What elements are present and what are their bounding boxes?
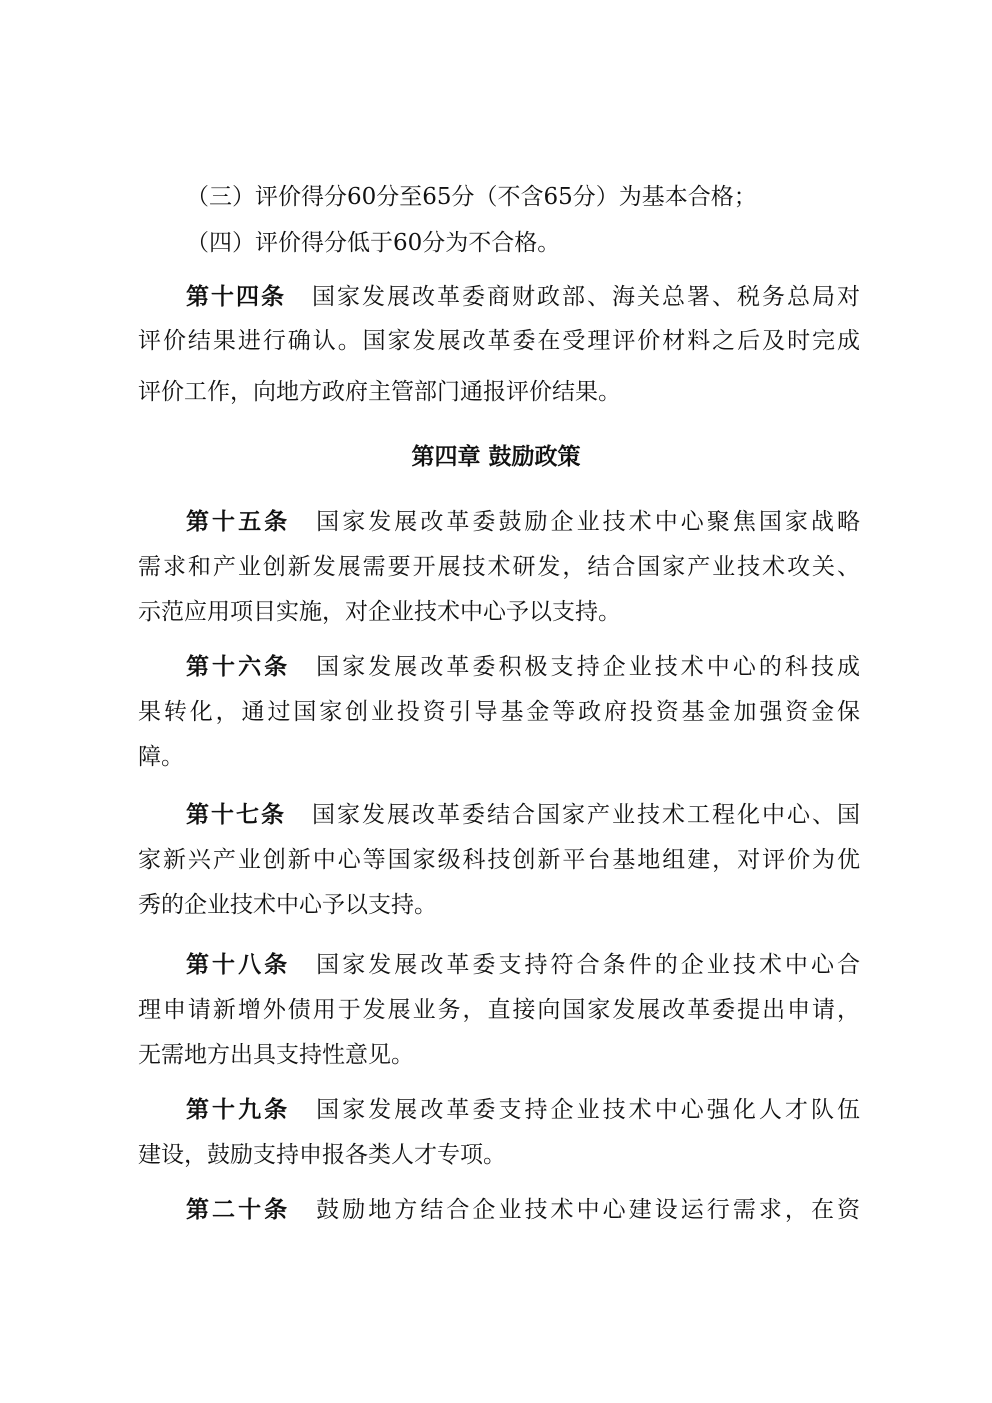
article-text: 国家发展改革委结合国家产业技术工程化中心、国 xyxy=(312,802,860,828)
article-20-line-1: 第二十条鼓励地方结合企业技术中心建设运行需求，在资 xyxy=(186,1194,860,1226)
article-label: 第十八条 xyxy=(186,952,290,978)
article-text: 国家发展改革委支持企业技术中心强化人才队伍 xyxy=(316,1097,860,1123)
chapter-heading: 第四章 鼓励政策 xyxy=(0,441,992,473)
article-text: 鼓励地方结合企业技术中心建设运行需求，在资 xyxy=(316,1197,860,1223)
list-item: （四）评价得分低于60分为不合格。 xyxy=(186,227,860,259)
article-19-line-1: 第十九条国家发展改革委支持企业技术中心强化人才队伍 xyxy=(186,1094,860,1126)
list-item: （三）评价得分60分至65分（不含65分）为基本合格； xyxy=(186,181,860,213)
article-15-line-1: 第十五条国家发展改革委鼓励企业技术中心聚焦国家战略 xyxy=(186,506,860,538)
article-text: 国家发展改革委支持符合条件的企业技术中心合 xyxy=(316,952,860,978)
article-18-line-2: 理申请新增外债用于发展业务，直接向国家发展改革委提出申请， xyxy=(138,994,860,1026)
article-14-line-3: 评价工作，向地方政府主管部门通报评价结果。 xyxy=(138,376,860,408)
article-14-line-2: 评价结果进行确认。国家发展改革委在受理评价材料之后及时完成 xyxy=(138,325,860,357)
article-label: 第十九条 xyxy=(186,1097,290,1123)
article-18-line-3: 无需地方出具支持性意见。 xyxy=(138,1039,860,1071)
article-16-line-3: 障。 xyxy=(138,741,860,773)
article-16-line-2: 果转化，通过国家创业投资引导基金等政府投资基金加强资金保 xyxy=(138,696,860,728)
article-17-line-1: 第十七条国家发展改革委结合国家产业技术工程化中心、国 xyxy=(186,799,860,831)
article-15-line-2: 需求和产业创新发展需要开展技术研发，结合国家产业技术攻关、 xyxy=(138,551,860,583)
article-15-line-3: 示范应用项目实施，对企业技术中心予以支持。 xyxy=(138,596,860,628)
article-label: 第十六条 xyxy=(186,654,290,680)
article-label: 第十四条 xyxy=(186,284,286,310)
article-label: 第十五条 xyxy=(186,509,290,535)
article-16-line-1: 第十六条国家发展改革委积极支持企业技术中心的科技成 xyxy=(186,651,860,683)
article-text: 国家发展改革委商财政部、海关总署、税务总局对 xyxy=(312,284,860,310)
article-17-line-3: 秀的企业技术中心予以支持。 xyxy=(138,889,860,921)
article-label: 第二十条 xyxy=(186,1197,290,1223)
article-label: 第十七条 xyxy=(186,802,286,828)
article-17-line-2: 家新兴产业创新中心等国家级科技创新平台基地组建，对评价为优 xyxy=(138,844,860,876)
article-18-line-1: 第十八条国家发展改革委支持符合条件的企业技术中心合 xyxy=(186,949,860,981)
article-19-line-2: 建设，鼓励支持申报各类人才专项。 xyxy=(138,1139,860,1171)
article-text: 国家发展改革委鼓励企业技术中心聚焦国家战略 xyxy=(316,509,860,535)
article-14-line-1: 第十四条国家发展改革委商财政部、海关总署、税务总局对 xyxy=(186,281,860,313)
article-text: 国家发展改革委积极支持企业技术中心的科技成 xyxy=(316,654,860,680)
